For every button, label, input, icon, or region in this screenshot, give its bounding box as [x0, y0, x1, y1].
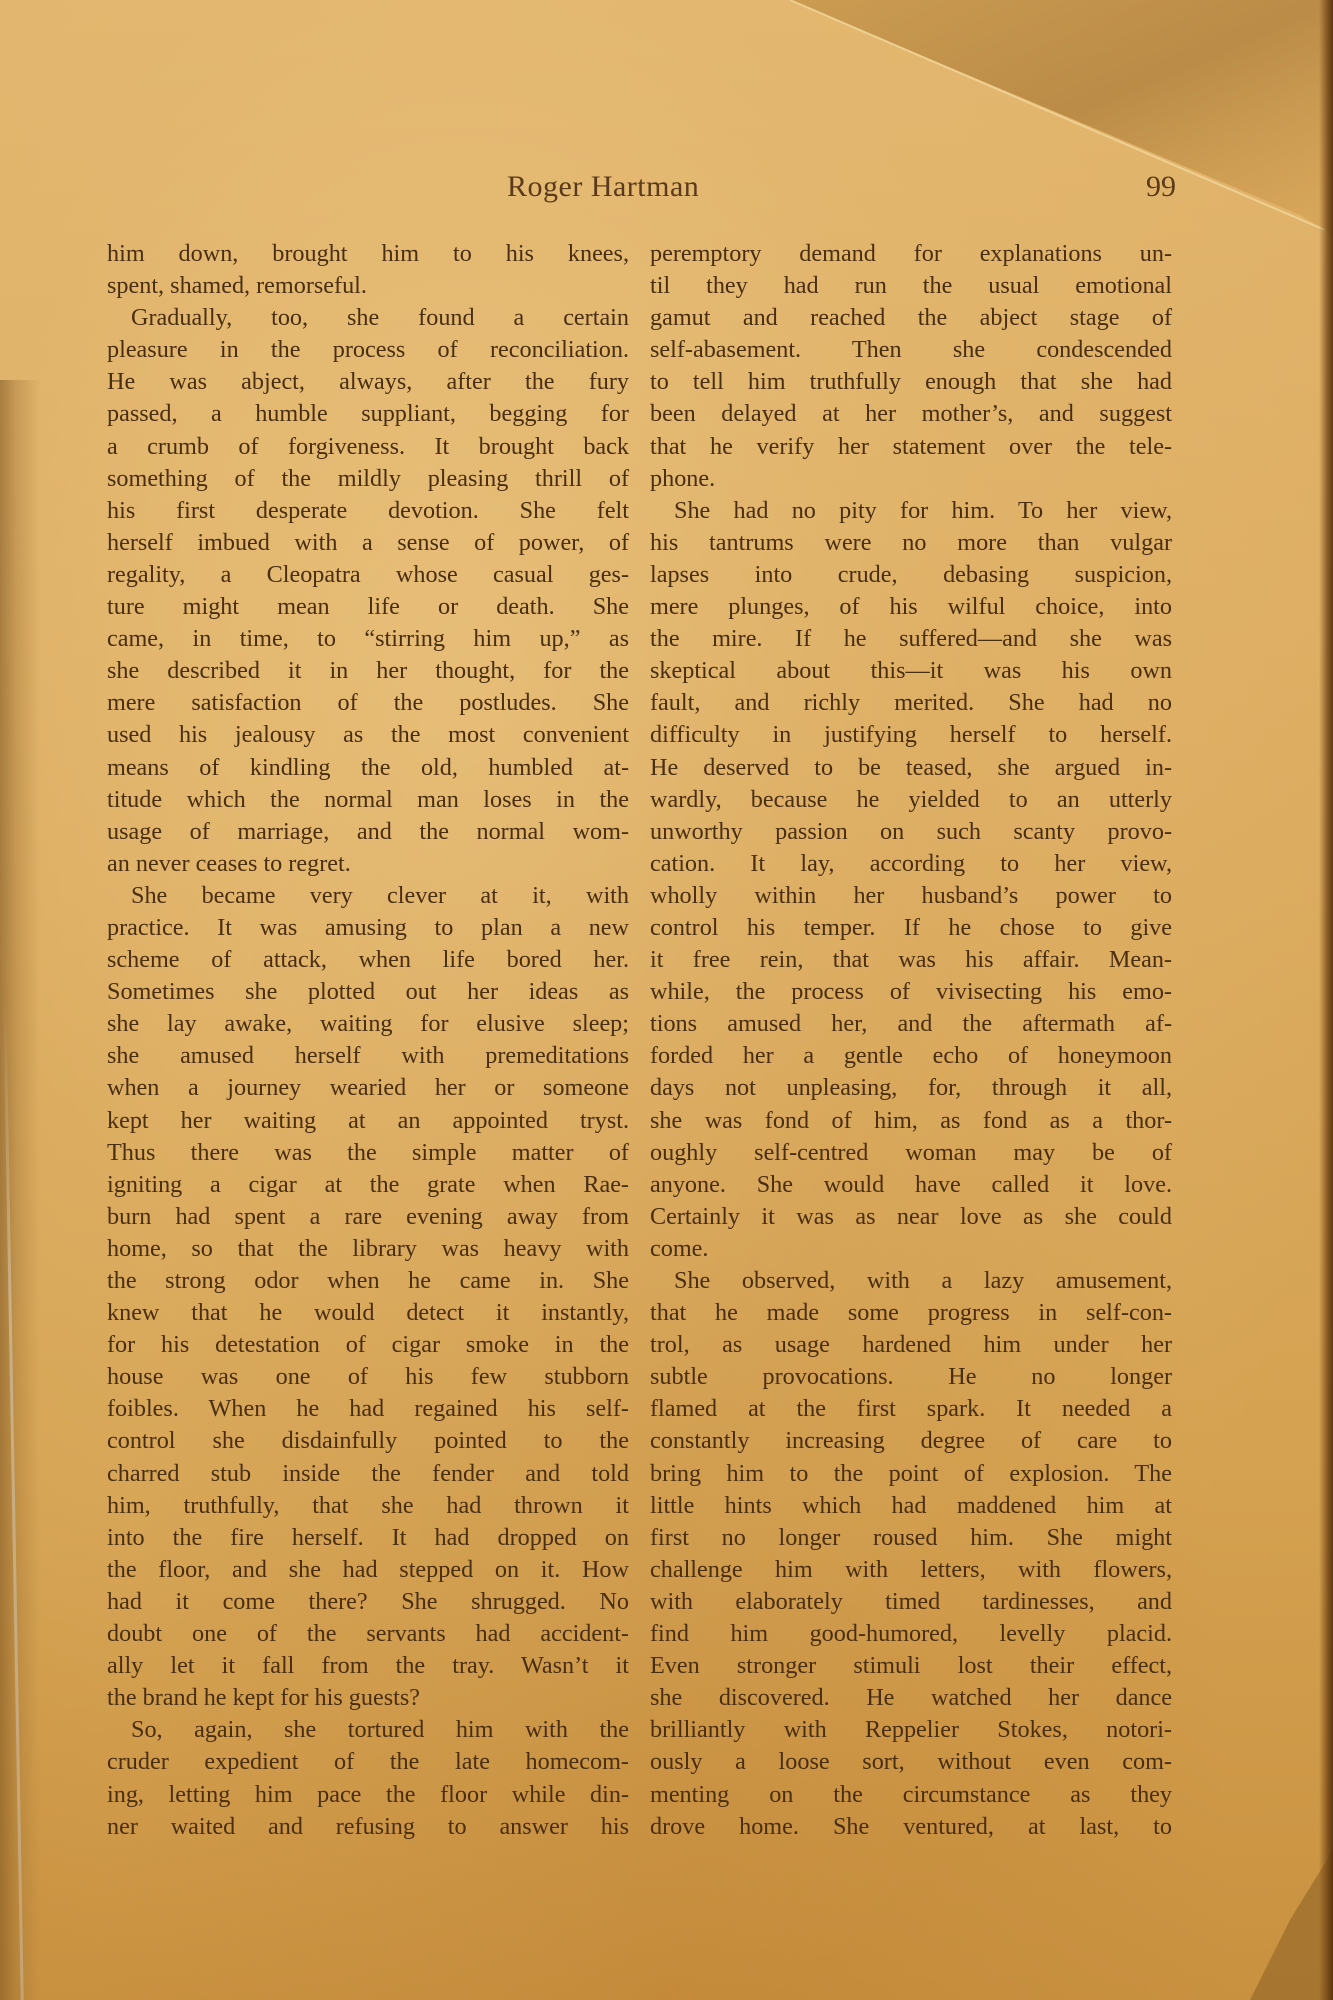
- text-line: flamed at the first spark. It needed a: [650, 1393, 1172, 1425]
- text-line: the mire. If he suffered—and she was: [650, 623, 1172, 655]
- text-line: challenge him with letters, with flowers…: [650, 1554, 1172, 1586]
- text-line: ner waited and refusing to answer his: [107, 1811, 629, 1843]
- text-line: igniting a cigar at the grate when Rae-: [107, 1169, 629, 1201]
- text-line: regality, a Cleopatra whose casual ges-: [107, 559, 629, 591]
- text-line: charred stub inside the fender and told: [107, 1458, 629, 1490]
- text-line: while, the process of vivisecting his em…: [650, 976, 1172, 1008]
- text-line: Gradually, too, she found a certain: [107, 302, 629, 334]
- text-line: she discovered. He watched her dance: [650, 1682, 1172, 1714]
- text-line: something of the mildly pleasing thrill …: [107, 463, 629, 495]
- text-line: mere plunges, of his wilful choice, into: [650, 591, 1172, 623]
- text-line: it free rein, that was his affair. Mean-: [650, 944, 1172, 976]
- text-line: means of kindling the old, humbled at-: [107, 752, 629, 784]
- text-line: she was fond of him, as fond as a thor-: [650, 1105, 1172, 1137]
- text-line: the floor, and she had stepped on it. Ho…: [107, 1554, 629, 1586]
- text-line: forded her a gentle echo of honeymoon: [650, 1040, 1172, 1072]
- text-line: find him good-humored, levelly placid.: [650, 1618, 1172, 1650]
- text-line: trol, as usage hardened him under her: [650, 1329, 1172, 1361]
- text-line: been delayed at her mother’s, and sugges…: [650, 398, 1172, 430]
- text-line: She became very clever at it, with: [107, 880, 629, 912]
- text-line: him, truthfully, that she had thrown it: [107, 1490, 629, 1522]
- text-line: unworthy passion on such scanty provo-: [650, 816, 1172, 848]
- text-line: days not unpleasing, for, through it all…: [650, 1072, 1172, 1104]
- text-line: skeptical about this—it was his own: [650, 655, 1172, 687]
- text-line: mere satisfaction of the postludes. She: [107, 687, 629, 719]
- text-line: brilliantly with Reppelier Stokes, notor…: [650, 1714, 1172, 1746]
- text-line: had it come there? She shrugged. No: [107, 1586, 629, 1618]
- text-line: burn had spent a rare evening away from: [107, 1201, 629, 1233]
- text-line: scheme of attack, when life bored her.: [107, 944, 629, 976]
- text-line: kept her waiting at an appointed tryst.: [107, 1105, 629, 1137]
- text-line: lapses into crude, debasing suspicion,: [650, 559, 1172, 591]
- text-line: into the fire herself. It had dropped on: [107, 1522, 629, 1554]
- text-line: passed, a humble suppliant, begging for: [107, 398, 629, 430]
- text-line: first no longer roused him. She might: [650, 1522, 1172, 1554]
- text-line: pleasure in the process of reconciliatio…: [107, 334, 629, 366]
- text-line: ing, letting him pace the floor while di…: [107, 1779, 629, 1811]
- text-line: an never ceases to regret.: [107, 848, 629, 880]
- text-line: She observed, with a lazy amusement,: [650, 1265, 1172, 1297]
- text-line: She had no pity for him. To her view,: [650, 495, 1172, 527]
- text-line: when a journey wearied her or someone: [107, 1072, 629, 1104]
- text-line: titude which the normal man loses in the: [107, 784, 629, 816]
- text-line: self-abasement. Then she condescended: [650, 334, 1172, 366]
- text-line: used his jealousy as the most convenient: [107, 719, 629, 751]
- text-line: Sometimes she plotted out her ideas as: [107, 976, 629, 1008]
- text-line: So, again, she tortured him with the: [107, 1714, 629, 1746]
- text-line: drove home. She ventured, at last, to: [650, 1811, 1172, 1843]
- page-header: Roger Hartman 99: [0, 170, 1333, 210]
- text-line: him down, brought him to his knees,: [107, 238, 629, 270]
- text-line: constantly increasing degree of care to: [650, 1425, 1172, 1457]
- text-line: control she disdainfully pointed to the: [107, 1425, 629, 1457]
- text-line: He was abject, always, after the fury: [107, 366, 629, 398]
- text-line: she lay awake, waiting for elusive sleep…: [107, 1008, 629, 1040]
- text-line: bring him to the point of explosion. The: [650, 1458, 1172, 1490]
- text-line: anyone. She would have called it love.: [650, 1169, 1172, 1201]
- text-line: a crumb of forgiveness. It brought back: [107, 431, 629, 463]
- text-line: little hints which had maddened him at: [650, 1490, 1172, 1522]
- text-line: peremptory demand for explanations un-: [650, 238, 1172, 270]
- left-text-column: him down, brought him to his knees,spent…: [107, 238, 629, 1843]
- page-edge: [1319, 0, 1333, 2000]
- text-line: Certainly it was as near love as she cou…: [650, 1201, 1172, 1233]
- text-line: subtle provocations. He no longer: [650, 1361, 1172, 1393]
- text-line: Thus there was the simple matter of: [107, 1137, 629, 1169]
- text-line: tions amused her, and the aftermath af-: [650, 1008, 1172, 1040]
- text-line: house was one of his few stubborn: [107, 1361, 629, 1393]
- text-line: his tantrums were no more than vulgar: [650, 527, 1172, 559]
- page-number: 99: [1146, 170, 1176, 204]
- text-line: knew that he would detect it instantly,: [107, 1297, 629, 1329]
- text-line: the brand he kept for his guests?: [107, 1682, 629, 1714]
- text-line: ture might mean life or death. She: [107, 591, 629, 623]
- text-line: He deserved to be teased, she argued in-: [650, 752, 1172, 784]
- text-line: ously a loose sort, without even com-: [650, 1746, 1172, 1778]
- text-line: doubt one of the servants had accident-: [107, 1618, 629, 1650]
- text-line: with elaborately timed tardinesses, and: [650, 1586, 1172, 1618]
- text-line: the strong odor when he came in. She: [107, 1265, 629, 1297]
- text-line: that he made some progress in self-con-: [650, 1297, 1172, 1329]
- text-line: to tell him truthfully enough that she h…: [650, 366, 1172, 398]
- text-line: cruder expedient of the late homecom-: [107, 1746, 629, 1778]
- text-line: for his detestation of cigar smoke in th…: [107, 1329, 629, 1361]
- text-line: usage of marriage, and the normal wom-: [107, 816, 629, 848]
- text-line: home, so that the library was heavy with: [107, 1233, 629, 1265]
- text-line: Even stronger stimuli lost their effect,: [650, 1650, 1172, 1682]
- text-line: phone.: [650, 463, 1172, 495]
- text-line: spent, shamed, remorseful.: [107, 270, 629, 302]
- text-line: she described it in her thought, for the: [107, 655, 629, 687]
- text-line: herself imbued with a sense of power, of: [107, 527, 629, 559]
- text-line: his first desperate devotion. She felt: [107, 495, 629, 527]
- text-line: til they had run the usual emotional: [650, 270, 1172, 302]
- text-line: control his temper. If he chose to give: [650, 912, 1172, 944]
- text-line: that he verify her statement over the te…: [650, 431, 1172, 463]
- text-line: cation. It lay, according to her view,: [650, 848, 1172, 880]
- text-line: menting on the circumstance as they: [650, 1779, 1172, 1811]
- text-line: came, in time, to “stirring him up,” as: [107, 623, 629, 655]
- book-page: Roger Hartman 99 him down, brought him t…: [0, 0, 1333, 2000]
- text-line: she amused herself with premeditations: [107, 1040, 629, 1072]
- text-line: wholly within her husband’s power to: [650, 880, 1172, 912]
- text-line: gamut and reached the abject stage of: [650, 302, 1172, 334]
- text-line: practice. It was amusing to plan a new: [107, 912, 629, 944]
- text-line: ally let it fall from the tray. Wasn’t i…: [107, 1650, 629, 1682]
- text-line: foibles. When he had regained his self-: [107, 1393, 629, 1425]
- text-line: come.: [650, 1233, 1172, 1265]
- text-line: fault, and richly merited. She had no: [650, 687, 1172, 719]
- right-text-column: peremptory demand for explanations un-ti…: [650, 238, 1172, 1843]
- text-line: difficulty in justifying herself to hers…: [650, 719, 1172, 751]
- text-line: oughly self-centred woman may be of: [650, 1137, 1172, 1169]
- text-line: wardly, because he yielded to an utterly: [650, 784, 1172, 816]
- running-head: Roger Hartman: [507, 170, 699, 204]
